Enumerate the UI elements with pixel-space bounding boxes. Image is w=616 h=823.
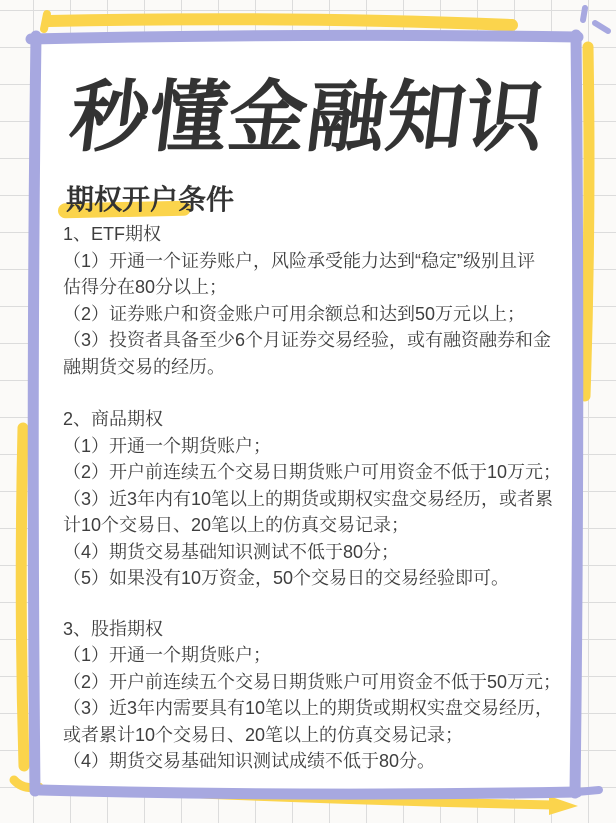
body-line: （3）近3年内需要具有10笔以上的期货或期权实盘交易经历， xyxy=(63,695,577,722)
body-line: （1）开通一个证券账户，风险承受能力达到“稳定”级别且评 xyxy=(63,248,577,275)
infographic-page: 秒懂金融知识 期权开户条件 1、ETF期权 （1）开通一个证券账户，风险承受能力… xyxy=(0,0,616,823)
body-line: 计10个交易日、20笔以上的仿真交易记录； xyxy=(63,512,577,539)
page-title: 秒懂金融知识 xyxy=(0,76,616,158)
body-text: 1、ETF期权 （1）开通一个证券账户，风险承受能力达到“稳定”级别且评 估得分… xyxy=(63,221,577,775)
purple-bottom-line xyxy=(40,790,577,794)
purple-bottom-right-tail xyxy=(577,790,599,792)
body-line: （2）证券账户和资金账户可用余额总和达到50万元以上； xyxy=(63,301,577,328)
section-etf-options: 1、ETF期权 （1）开通一个证券账户，风险承受能力达到“稳定”级别且评 估得分… xyxy=(63,221,577,380)
yellow-bottom-line xyxy=(200,794,553,805)
subtitle-block: 期权开户条件 xyxy=(66,185,234,219)
body-line: （1）开通一个期货账户； xyxy=(63,433,577,460)
body-line: （4）期货交易基础知识测试成绩不低于80分。 xyxy=(63,748,577,775)
section-heading: 3、股指期权 xyxy=(63,616,577,643)
body-line: 或者累计10个交易日、20笔以上的仿真交易记录； xyxy=(63,722,577,749)
body-line: （3）近3年内有10笔以上的期货或期权实盘交易经历，或者累 xyxy=(63,486,577,513)
yellow-top-flick xyxy=(44,14,47,29)
section-commodity-options: 2、商品期权 （1）开通一个期货账户； （2）开户前连续五个交易日期货账户可用资… xyxy=(63,406,577,592)
body-line: 估得分在80分以上； xyxy=(63,274,577,301)
body-line: （2）开户前连续五个交易日期货账户可用资金不低于50万元； xyxy=(63,669,577,696)
section-index-options: 3、股指期权 （1）开通一个期货账户； （2）开户前连续五个交易日期货账户可用资… xyxy=(63,616,577,775)
body-line: （2）开户前连续五个交易日期货账户可用资金不低于10万元； xyxy=(63,459,577,486)
sparkle-dash-icon xyxy=(595,23,608,31)
yellow-arrow-head xyxy=(549,796,578,815)
body-line: （4）期货交易基础知识测试不低于80分； xyxy=(63,539,577,566)
yellow-top-line xyxy=(49,19,512,25)
yellow-left-line xyxy=(21,428,24,766)
body-line: 融期货交易的经历。 xyxy=(63,354,577,381)
body-line: （3）投资者具备至少6个月证券交易经验，或有融资融券和金 xyxy=(63,327,577,354)
body-line: （5）如果没有10万资金，50个交易日的交易经验即可。 xyxy=(63,565,577,592)
section-heading: 1、ETF期权 xyxy=(63,221,577,248)
body-line: （1）开通一个期货账户； xyxy=(63,642,577,669)
sparkle-dash-icon xyxy=(583,8,585,20)
page-subtitle: 期权开户条件 xyxy=(66,185,234,215)
section-heading: 2、商品期权 xyxy=(63,406,577,433)
